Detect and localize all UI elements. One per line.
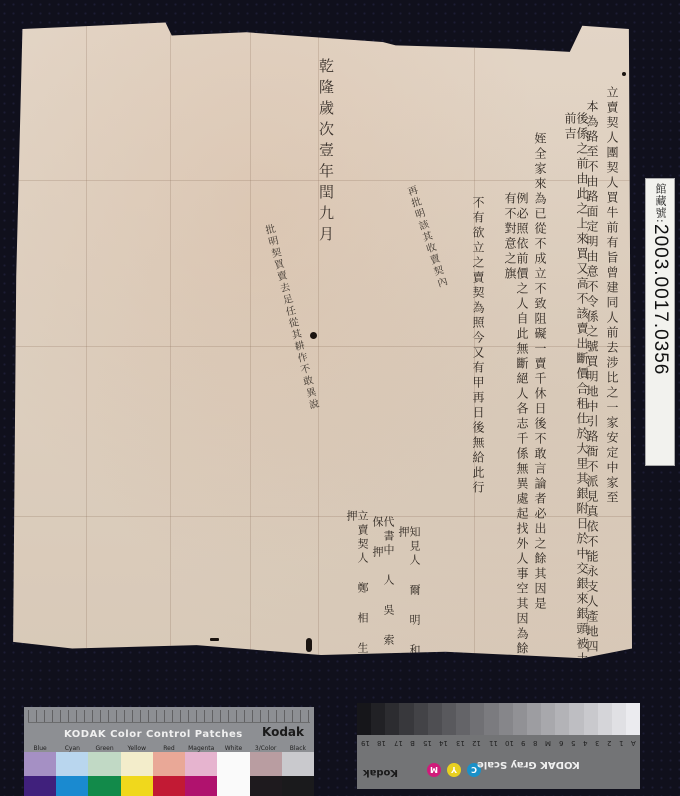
color-patch	[282, 776, 314, 796]
color-patch	[153, 776, 185, 796]
gray-step	[484, 703, 498, 735]
patch-label: Black	[282, 745, 314, 752]
gray-steps	[357, 703, 640, 735]
gray-step	[555, 703, 569, 735]
margin-note: 再批明該其收賣契內	[404, 185, 447, 291]
cmy-dot: M	[427, 763, 441, 777]
gray-step-label: 10	[505, 739, 514, 747]
gray-step	[399, 703, 413, 735]
color-patch	[121, 752, 153, 776]
cmy-dot: Y	[447, 763, 461, 777]
gray-step-label: 14	[439, 739, 448, 747]
collection-number: 2003.0017.0356	[649, 224, 671, 375]
gray-step	[385, 703, 399, 735]
color-patch	[24, 752, 56, 776]
fold-line	[86, 16, 87, 668]
gray-step-label: A	[631, 739, 636, 747]
patch-label: Blue	[24, 745, 56, 752]
kodak-gray-scale: 191817B15141312111098M654321A Kodak MYC …	[357, 703, 640, 789]
gray-step-label: 13	[456, 739, 465, 747]
patch-label: Red	[153, 745, 185, 752]
fold-line	[170, 16, 171, 668]
gray-step-label: 9	[521, 739, 525, 747]
gray-step-label: 11	[489, 739, 498, 747]
ink-spot	[210, 638, 219, 641]
gray-step	[428, 703, 442, 735]
color-patch	[282, 752, 314, 776]
kodak-color-chart: KODAK Color Control Patches Kodak Blue C…	[24, 707, 314, 796]
color-patch	[88, 776, 120, 796]
body-column: 立賣契人團契人買牛前有旨曾建同人前去涉比之一家安定中家至	[606, 86, 618, 506]
patch-label: Green	[88, 745, 120, 752]
color-patch	[121, 776, 153, 796]
gray-step	[499, 703, 513, 735]
color-patch	[250, 776, 282, 796]
gray-step	[357, 703, 371, 735]
ink-spot	[310, 332, 317, 339]
fold-line	[250, 16, 251, 668]
body-column: 後係之前由此之上來買又高不該賣出斷價合租仕於大里其銀附日於中交銀來銀頭被土前吉	[564, 112, 588, 668]
color-patch	[217, 776, 249, 796]
patch-label: Yellow	[121, 745, 153, 752]
collection-label-prefix: 館藏號:	[652, 179, 668, 224]
color-chart-title: KODAK Color Control Patches	[64, 729, 243, 740]
gray-step-label: 8	[533, 739, 537, 747]
gray-step-label: 18	[377, 739, 386, 747]
signature-seller: 立賣契人 鄭 相 生 押	[346, 510, 368, 668]
gray-scale-title: KODAK Gray Scale	[477, 759, 580, 770]
historical-document: 乾隆歲次壹年閏九月 立賣契人團契人買牛前有旨曾建同人前去涉比之一家安定中家至 本…	[10, 16, 632, 668]
color-patch	[250, 752, 282, 776]
gray-step	[442, 703, 456, 735]
kodak-logo: Kodak	[262, 725, 304, 739]
margin-note: 批明契買賣去足任從其耕作不敢異說	[262, 224, 318, 413]
gray-step-labels: 191817B15141312111098M654321A	[361, 739, 636, 747]
gray-step	[569, 703, 583, 735]
patch-row-light	[24, 752, 314, 776]
gray-step-label: 4	[583, 739, 587, 747]
gray-step-label: 17	[394, 739, 403, 747]
gray-step-label: 15	[423, 739, 432, 747]
signature-scribe: 代書中 人 吳 索 保 押	[372, 516, 394, 668]
kodak-logo: Kodak	[363, 767, 398, 778]
color-patch	[185, 752, 217, 776]
gray-step-label: 19	[361, 739, 370, 747]
gray-step-label: B	[410, 739, 415, 747]
body-column: 不有欲立之賣契為照今又有甲再日後無給此行	[472, 196, 484, 496]
gray-step-label: 2	[607, 739, 611, 747]
body-column: 姪全家來為已從不成立不致阻礙一賣千休日後不敢言論者必出之餘其因是	[534, 132, 546, 612]
patch-label: White	[217, 745, 249, 752]
body-column: 例必照依前價之人自此無斷絕人各志千係無異處起找外人事空其因為餘有不對意之旗	[504, 192, 528, 668]
patch-label: 3/Color	[250, 745, 282, 752]
gray-step-label: 6	[559, 739, 563, 747]
ink-spot	[622, 72, 626, 76]
gray-step-label: 12	[472, 739, 481, 747]
gray-step-label: 1	[619, 739, 623, 747]
gray-step	[626, 703, 640, 735]
signature-witness: 知見人 爾 明 和 押	[398, 526, 420, 668]
patch-labels: Blue Cyan Green Yellow Red Magenta White…	[24, 745, 314, 752]
color-patch	[24, 776, 56, 796]
color-patch	[56, 776, 88, 796]
gray-step	[612, 703, 626, 735]
cmy-dots: MYC	[427, 763, 481, 777]
gray-step	[456, 703, 470, 735]
gray-step	[513, 703, 527, 735]
color-patch	[56, 752, 88, 776]
color-patch	[88, 752, 120, 776]
gray-step-label: M	[545, 739, 551, 747]
color-patch	[185, 776, 217, 796]
patch-label: Cyan	[56, 745, 88, 752]
gray-step	[414, 703, 428, 735]
gray-step-label: 5	[571, 739, 575, 747]
patch-row-saturated	[24, 776, 314, 796]
gray-step	[371, 703, 385, 735]
color-patch	[217, 752, 249, 776]
color-patch	[153, 752, 185, 776]
gray-step	[541, 703, 555, 735]
ruler	[28, 710, 310, 723]
collection-number-label: 館藏號: 2003.0017.0356	[645, 178, 675, 466]
date-heading: 乾隆歲次壹年閏九月	[318, 58, 333, 247]
gray-step-label: 3	[595, 739, 599, 747]
gray-step	[470, 703, 484, 735]
gray-step	[584, 703, 598, 735]
gray-step	[598, 703, 612, 735]
patch-label: Magenta	[185, 745, 217, 752]
ink-spot	[306, 638, 312, 652]
gray-step	[527, 703, 541, 735]
